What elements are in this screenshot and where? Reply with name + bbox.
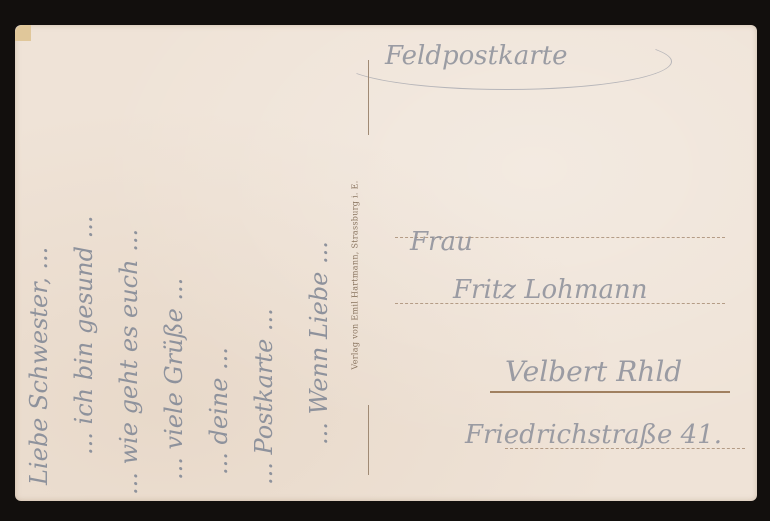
- message-column: ... wie geht es euch ...: [115, 229, 143, 495]
- address-line-1: Frau: [410, 227, 473, 257]
- publisher-imprint: Verlag von Emil Hartmann, Strassburg i. …: [351, 180, 360, 369]
- address-line-3: Velbert Rhld: [505, 355, 682, 388]
- divider-line-bottom: [368, 405, 369, 475]
- message-column: ... Wenn Liebe ...: [305, 241, 333, 445]
- message-column: Liebe Schwester, ...: [25, 247, 53, 485]
- corner-wear: [15, 25, 31, 41]
- message-column: ... viele Grüße ...: [160, 278, 188, 480]
- heading-flourish: [340, 33, 672, 90]
- message-column: ... Postkarte ...: [250, 308, 278, 485]
- address-rule-3: [490, 391, 730, 393]
- address-line-4: Friedrichstraße 41.: [465, 420, 722, 450]
- postcard: Feldpostkarte Verlag von Emil Hartmann, …: [15, 25, 757, 501]
- message-column: ... ich bin gesund ...: [70, 215, 98, 455]
- message-column: ... deine ...: [205, 347, 233, 475]
- divider-line-top: [368, 60, 369, 135]
- address-line-2: Fritz Lohmann: [453, 275, 648, 305]
